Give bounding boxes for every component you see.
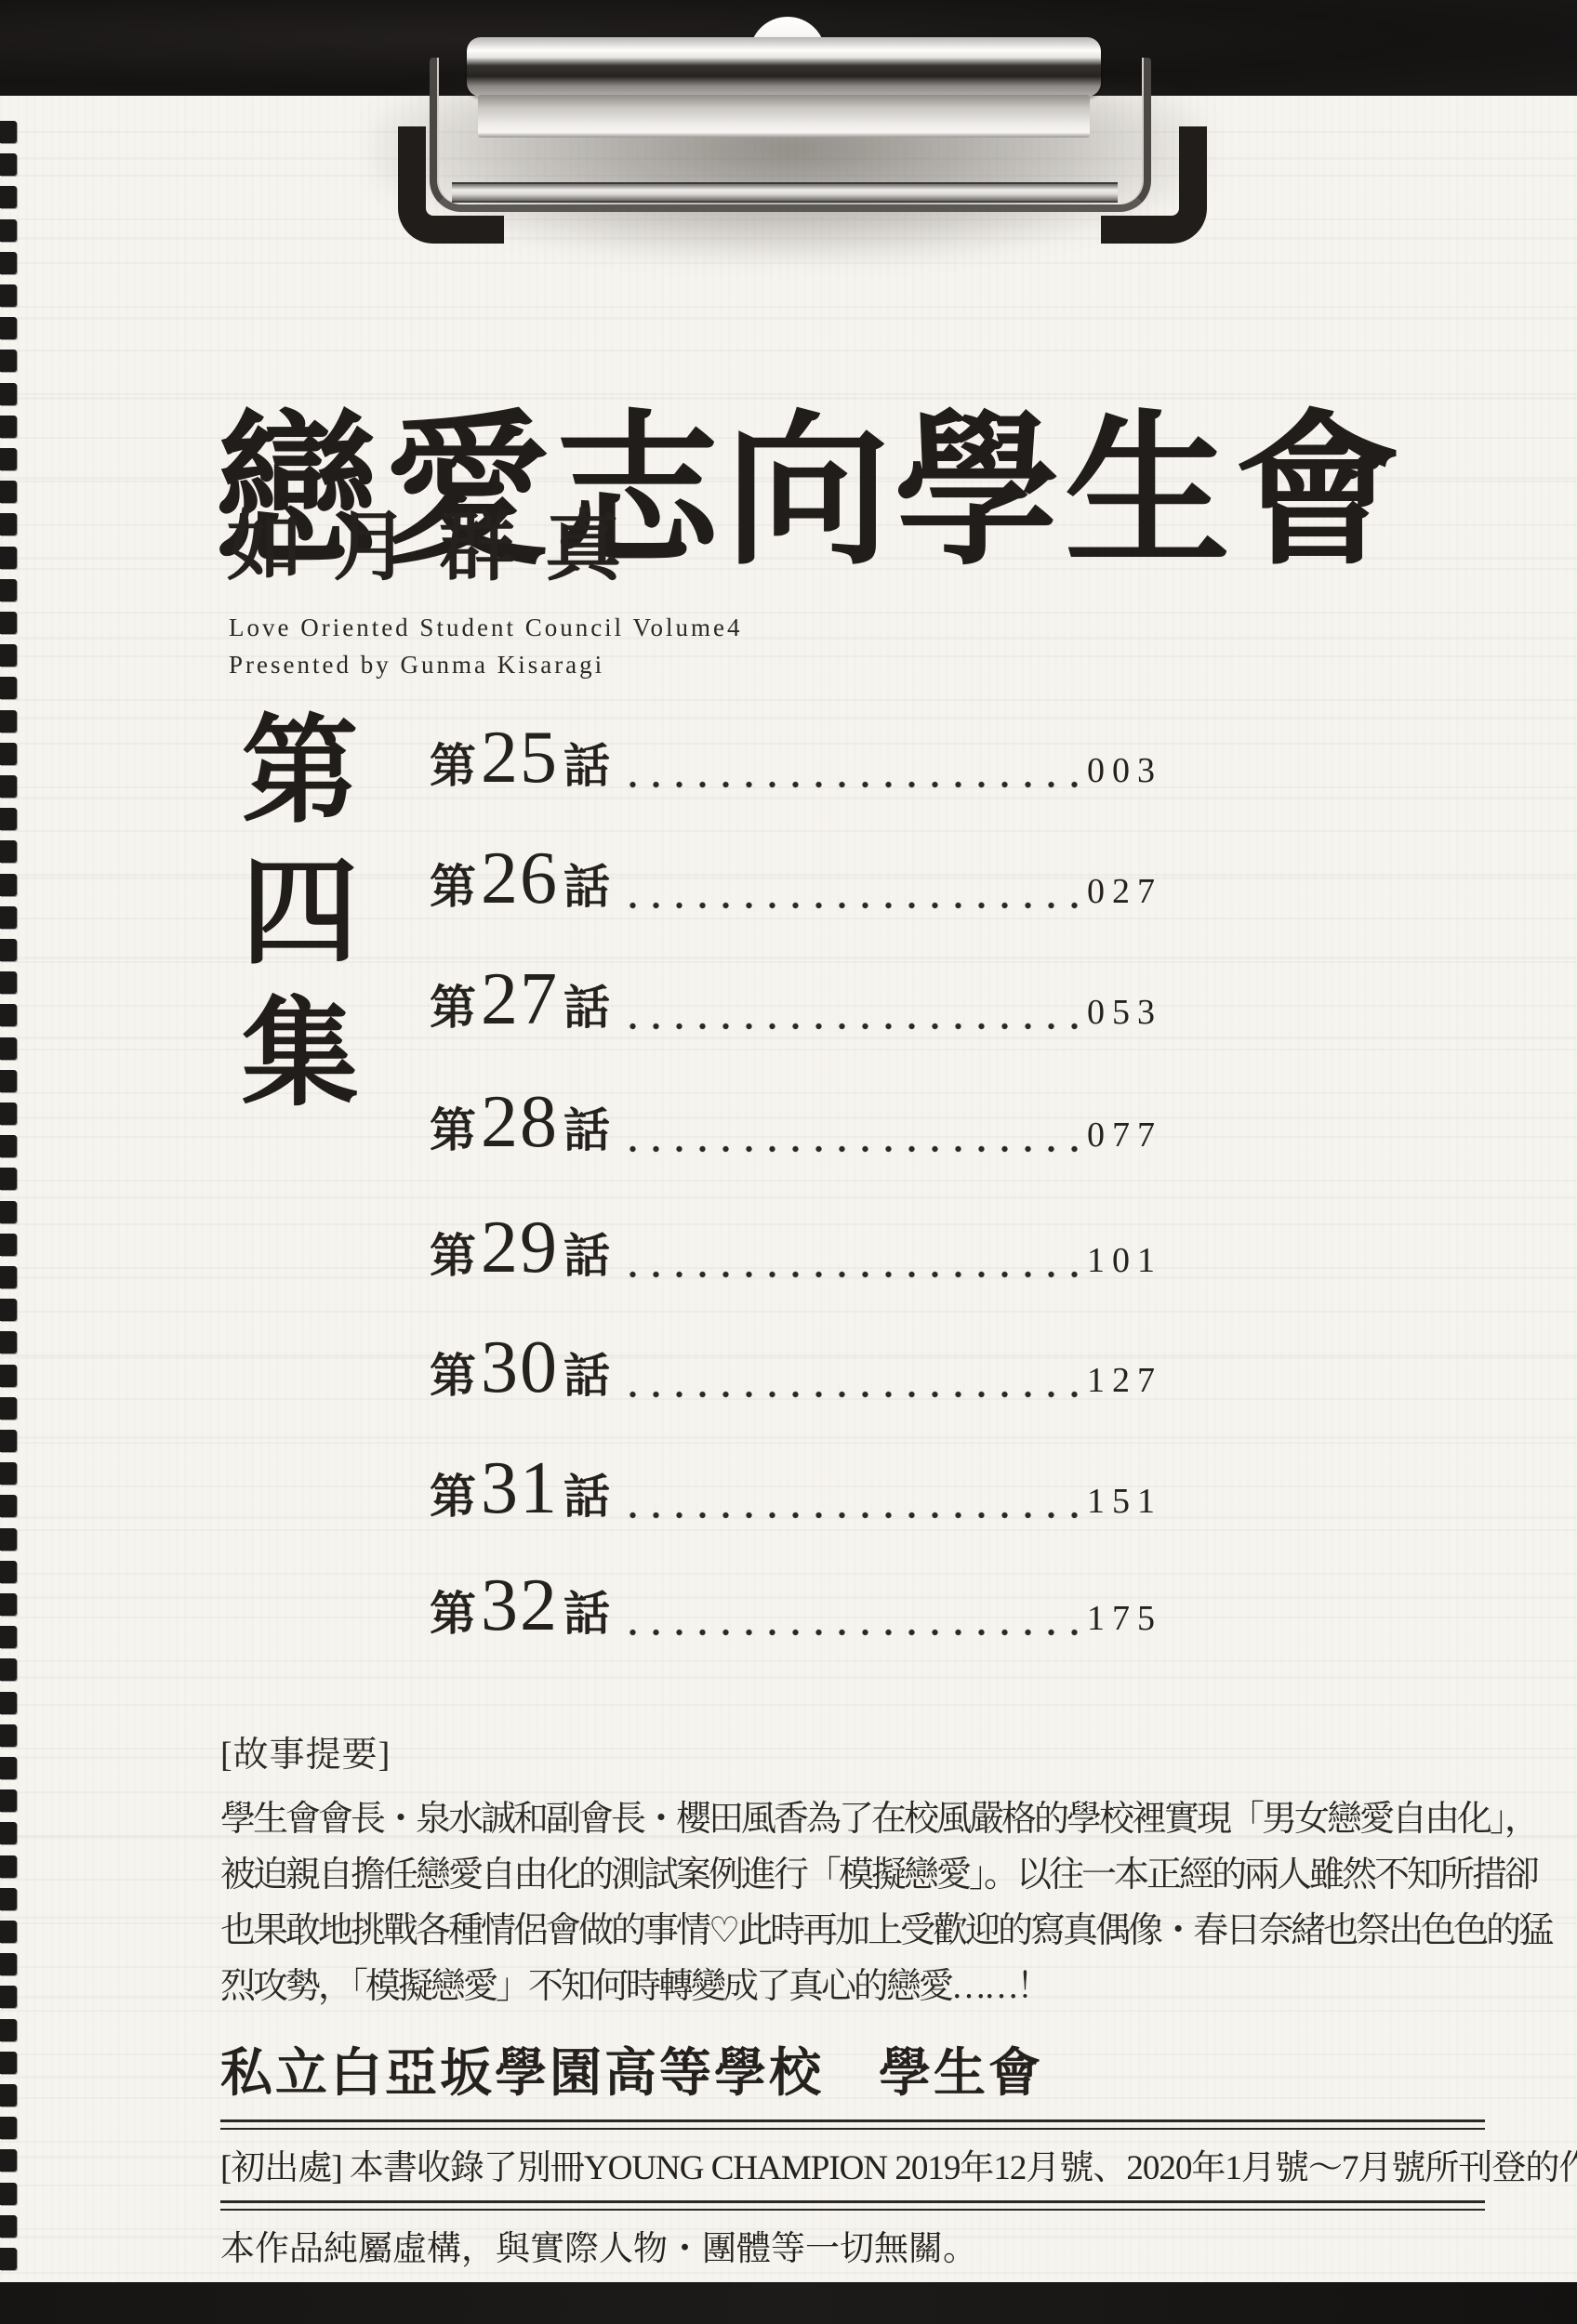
binding-hole: [0, 1921, 17, 1943]
dot-leader: [619, 779, 1081, 790]
toc-entry: 第28話 077: [430, 1080, 1162, 1173]
binding-hole: [0, 874, 17, 896]
page-number: 175: [1087, 1598, 1162, 1639]
binding-hole: [0, 2084, 17, 2106]
toc-entry: 第32話 175: [430, 1564, 1162, 1657]
chapter-number: 26: [476, 837, 563, 921]
toc-entry: 第29話 101: [430, 1206, 1162, 1299]
presented-by-line: Presented by Gunma Kisaragi: [229, 651, 604, 680]
chapter-suffix: 話: [563, 850, 610, 917]
subtitle-english: Love Oriented Student Council Volume4: [229, 614, 742, 642]
binding-hole: [0, 906, 17, 929]
binding-hole: [0, 2052, 17, 2074]
chapter-number: 29: [476, 1206, 563, 1290]
chapter-suffix: 話: [563, 1459, 610, 1526]
divider-rule: [220, 2119, 1485, 2130]
binding-hole: [0, 2117, 17, 2139]
binding-hole: [0, 1953, 17, 1975]
chapter-suffix: 話: [563, 971, 610, 1037]
binding-hole: [0, 1462, 17, 1485]
page-number: 027: [1087, 871, 1162, 912]
manga-contents-page: 戀愛志向學生會 如月群真 Love Oriented Student Counc…: [0, 0, 1577, 2324]
chapter-suffix: 話: [563, 729, 610, 796]
binding-hole: [0, 1201, 17, 1223]
chapter-prefix: 第: [430, 971, 476, 1037]
binding-hole: [0, 1528, 17, 1551]
binding-hole: [0, 416, 17, 438]
dot-leader: [619, 1269, 1081, 1280]
fiction-disclaimer: 本作品純屬虛構，與實際人物・團體等一切無關。: [220, 2220, 1485, 2270]
chapter-number: 28: [476, 1080, 563, 1165]
binding-hole: [0, 612, 17, 634]
school-name: 私立白亞坂學園高等學校 學生會: [220, 2032, 1485, 2106]
synopsis-label: [故事提要]: [220, 1725, 1513, 1776]
chapter-prefix: 第: [430, 1093, 476, 1160]
binding-hole: [0, 644, 17, 667]
binding-hole: [0, 2019, 17, 2041]
dot-leader: [619, 1389, 1081, 1400]
binding-hole: [0, 939, 17, 961]
chapter-prefix: 第: [430, 729, 476, 796]
page-number: 151: [1087, 1481, 1162, 1522]
binding-holes: [0, 0, 37, 2324]
dot-leader: [619, 1510, 1081, 1521]
table-of-contents: 第25話 003 第26話 027 第27話 053 第28話 077 第29話…: [430, 716, 1162, 1664]
binding-hole: [0, 1757, 17, 1779]
first-publication-note: [初出處] 本書收錄了別冊YOUNG CHAMPION 2019年12月號、20…: [220, 2139, 1485, 2189]
chapter-suffix: 話: [563, 1339, 610, 1406]
dot-leader: [619, 900, 1081, 911]
binding-hole: [0, 1103, 17, 1125]
binding-hole: [0, 1430, 17, 1452]
clipboard-clip-icon: [0, 0, 1577, 297]
divider-rule: [220, 2200, 1485, 2211]
toc-entry: 第31話 151: [430, 1446, 1162, 1539]
chapter-suffix: 話: [563, 1093, 610, 1160]
binding-hole: [0, 579, 17, 601]
binding-hole: [0, 547, 17, 569]
page-number: 127: [1087, 1360, 1162, 1401]
clip-plate: [478, 95, 1090, 138]
binding-hole: [0, 2248, 17, 2270]
binding-hole: [0, 1365, 17, 1387]
binding-hole: [0, 1593, 17, 1616]
dot-leader: [619, 1021, 1081, 1032]
binding-hole: [0, 448, 17, 470]
binding-hole: [0, 1299, 17, 1321]
binding-hole: [0, 1266, 17, 1288]
binding-hole: [0, 1888, 17, 1910]
binding-hole: [0, 1724, 17, 1747]
binding-hole: [0, 1168, 17, 1190]
toc-entry: 第27話 053: [430, 957, 1162, 1050]
chapter-prefix: 第: [430, 1459, 476, 1526]
toc-entry: 第26話 027: [430, 837, 1162, 930]
chapter-number: 32: [476, 1564, 563, 1648]
page-number: 101: [1087, 1240, 1162, 1281]
binding-hole: [0, 971, 17, 994]
clip-lower-bar: [452, 182, 1118, 203]
chapter-prefix: 第: [430, 1577, 476, 1644]
binding-hole: [0, 1397, 17, 1419]
chapter-number: 31: [476, 1446, 563, 1531]
chapter-number: 30: [476, 1326, 563, 1410]
binding-hole: [0, 2215, 17, 2238]
synopsis-line: 也果敢地挑戰各種情侶會做的事情♡此時再加上受歡迎的寫真偶像・春日奈緒也祭出色色的…: [220, 1903, 1513, 1959]
synopsis-line: 被迫親自擔任戀愛自由化的測試案例進行「模擬戀愛」。以往一本正經的兩人雖然不知所措…: [220, 1847, 1513, 1903]
binding-hole: [0, 481, 17, 503]
binding-hole: [0, 1495, 17, 1517]
chapter-prefix: 第: [430, 1339, 476, 1406]
dot-leader: [619, 1627, 1081, 1638]
binding-hole: [0, 1234, 17, 1256]
binding-hole: [0, 513, 17, 535]
binding-hole: [0, 1331, 17, 1353]
binding-hole: [0, 2183, 17, 2205]
binding-hole: [0, 1135, 17, 1157]
toc-entry: 第30話 127: [430, 1326, 1162, 1419]
binding-hole: [0, 350, 17, 372]
synopsis-line: 學生會會長・泉水誠和副會長・櫻田風香為了在校風嚴格的學校裡實現「男女戀愛自由化」…: [220, 1791, 1513, 1847]
clip-cylinder: [467, 37, 1101, 97]
binding-hole: [0, 1658, 17, 1681]
toc-entry: 第25話 003: [430, 716, 1162, 809]
page-number: 077: [1087, 1115, 1162, 1155]
binding-hole: [0, 1070, 17, 1092]
binding-hole: [0, 1692, 17, 1714]
chapter-number: 25: [476, 716, 563, 800]
binding-hole: [0, 2149, 17, 2172]
binding-hole: [0, 1037, 17, 1060]
binding-hole: [0, 1986, 17, 2008]
story-synopsis: [故事提要] 學生會會長・泉水誠和副會長・櫻田風香為了在校風嚴格的學校裡實現「男…: [220, 1725, 1513, 2014]
binding-hole: [0, 317, 17, 339]
page-number: 053: [1087, 992, 1162, 1033]
volume-label-vertical: 第四集: [223, 708, 353, 1132]
chapter-prefix: 第: [430, 1219, 476, 1286]
author-name: 如月群真: [227, 509, 651, 586]
binding-hole: [0, 1626, 17, 1648]
footer-block: 私立白亞坂學園高等學校 學生會 [初出處] 本書收錄了別冊YOUNG CHAMP…: [220, 2032, 1485, 2270]
bottom-black-bar: [0, 2282, 1577, 2324]
chapter-suffix: 話: [563, 1577, 610, 1644]
binding-hole: [0, 775, 17, 798]
binding-hole: [0, 383, 17, 405]
binding-hole: [0, 677, 17, 699]
binding-hole: [0, 1855, 17, 1878]
synopsis-line: 烈攻勢，「模擬戀愛」不知何時轉變成了真心的戀愛……！: [220, 1959, 1513, 2014]
page-number: 003: [1087, 750, 1162, 791]
chapter-suffix: 話: [563, 1219, 610, 1286]
chapter-prefix: 第: [430, 850, 476, 917]
binding-hole: [0, 808, 17, 830]
binding-hole: [0, 1561, 17, 1583]
dot-leader: [619, 1143, 1081, 1155]
binding-hole: [0, 1822, 17, 1844]
binding-hole: [0, 743, 17, 765]
binding-hole: [0, 1789, 17, 1812]
chapter-number: 27: [476, 957, 563, 1042]
binding-hole: [0, 710, 17, 733]
binding-hole: [0, 1004, 17, 1026]
binding-hole: [0, 840, 17, 863]
